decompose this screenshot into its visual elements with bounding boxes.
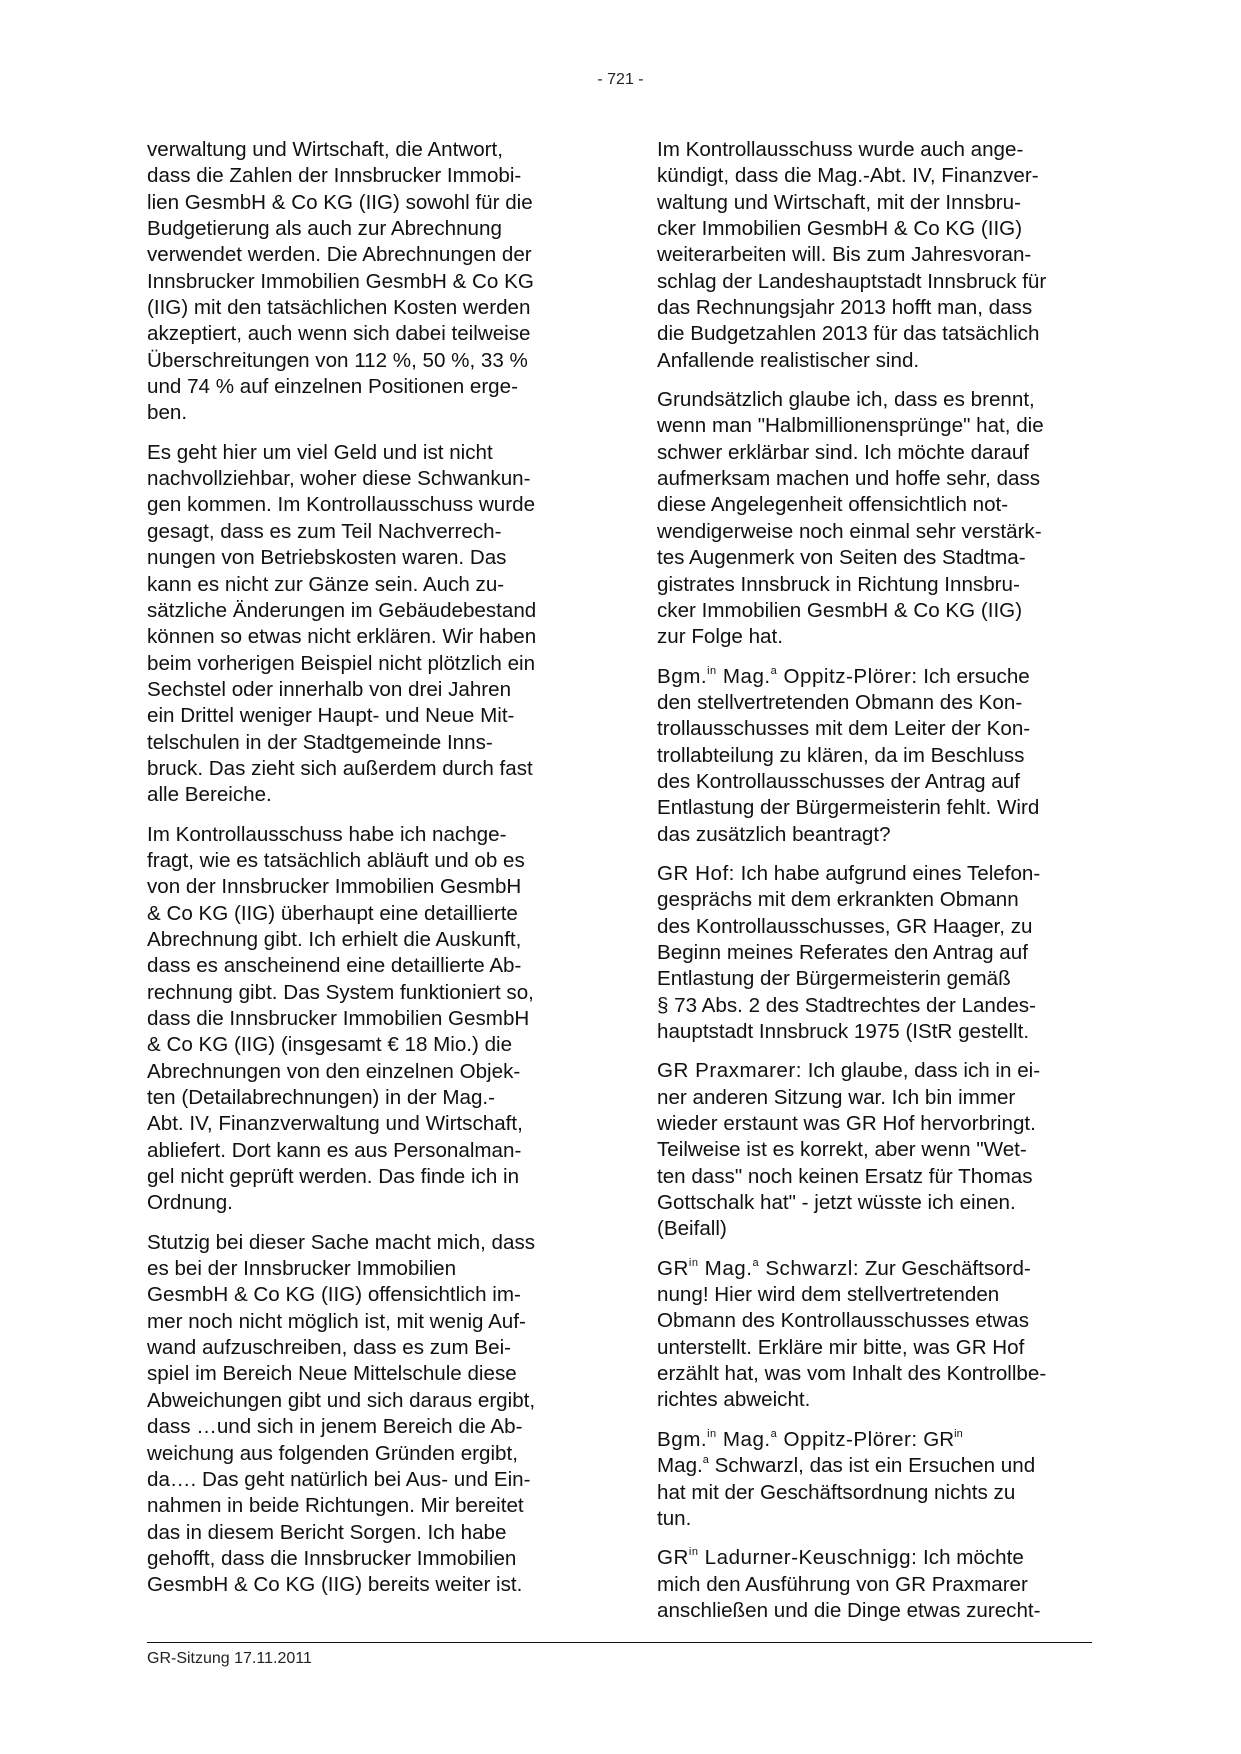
right-column: Im Kontrollausschuss wurde auch ange-kün… <box>657 137 1097 1637</box>
text-line: Abt. IV, Finanzverwaltung und Wirtschaft… <box>147 1111 587 1137</box>
text-line: ten dass" noch keinen Ersatz für Thomas <box>657 1164 1097 1190</box>
text-line: es bei der Innsbrucker Immobilien <box>147 1256 587 1282</box>
text-line: schlag der Landeshauptstadt Innsbruck fü… <box>657 269 1097 295</box>
paragraph: Es geht hier um viel Geld und ist nichtn… <box>147 440 587 809</box>
speech-schwarzl: GRin Mag.a Schwarzl: Zur Geschäftsord- n… <box>657 1256 1097 1414</box>
footer-session-date: GR-Sitzung 17.11.2011 <box>147 1650 312 1668</box>
text-line: weichung aus folgenden Gründen ergibt, <box>147 1441 587 1467</box>
text-line: nungen von Betriebskosten waren. Das <box>147 545 587 571</box>
text-line: und 74 % auf einzelnen Positionen erge- <box>147 374 587 400</box>
text-line: verwaltung und Wirtschaft, die Antwort, <box>147 137 587 163</box>
text-line: gehofft, dass die Innsbrucker Immobilien <box>147 1546 587 1572</box>
text-line: schwer erklärbar sind. Ich möchte darauf <box>657 440 1097 466</box>
text-line: nahmen in beide Richtungen. Mir bereitet <box>147 1493 587 1519</box>
text-line: Obmann des Kontrollausschusses etwas <box>657 1308 1097 1334</box>
text-line: ner anderen Sitzung war. Ich bin immer <box>657 1085 1097 1111</box>
text-line: die Budgetzahlen 2013 für das tatsächlic… <box>657 321 1097 347</box>
text-line: spiel im Bereich Neue Mittelschule diese <box>147 1361 587 1387</box>
text-line: Gottschalk hat" - jetzt wüsste ich einen… <box>657 1190 1097 1216</box>
text-line: wand aufzuschreiben, dass es zum Bei- <box>147 1335 587 1361</box>
text-line: dass die Innsbrucker Immobilien GesmbH <box>147 1006 587 1032</box>
paragraph: Stutzig bei dieser Sache macht mich, das… <box>147 1230 587 1599</box>
text-line: GesmbH & Co KG (IIG) offensichtlich im- <box>147 1282 587 1308</box>
text-line: gen kommen. Im Kontrollausschuss wurde <box>147 492 587 518</box>
text-line: Abrechnung gibt. Ich erhielt die Auskunf… <box>147 927 587 953</box>
text-line: lien GesmbH & Co KG (IIG) sowohl für die <box>147 190 587 216</box>
text-line: Teilweise ist es korrekt, aber wenn "Wet… <box>657 1137 1097 1163</box>
text-line: gesagt, dass es zum Teil Nachverrech- <box>147 519 587 545</box>
text-line: wenn man "Halbmillionensprünge" hat, die <box>657 413 1097 439</box>
text-line: trollabteilung zu klären, da im Beschlus… <box>657 743 1097 769</box>
speech-gr-hof: GR Hof: Ich habe aufgrund eines Telefon-… <box>657 861 1097 1045</box>
text-line: kann es nicht zur Gänze sein. Auch zu- <box>147 572 587 598</box>
text-line: beim vorherigen Beispiel nicht plötzlich… <box>147 651 587 677</box>
speaker-label: GRin Mag.a Schwarzl: <box>657 1257 859 1280</box>
text-line: unterstellt. Erkläre mir bitte, was GR H… <box>657 1335 1097 1361</box>
text-line: des Kontrollausschusses, GR Haager, zu <box>657 914 1097 940</box>
text-line: richtes abweicht. <box>657 1387 1097 1413</box>
text-line: Innsbrucker Immobilien GesmbH & Co KG <box>147 269 587 295</box>
text-line: tun. <box>657 1506 1097 1532</box>
text-line: den stellvertretenden Obmann des Kon- <box>657 690 1097 716</box>
text-line: hauptstadt Innsbruck 1975 (IStR gestellt… <box>657 1019 1097 1045</box>
text-line: mer noch nicht möglich ist, mit wenig Au… <box>147 1309 587 1335</box>
text-line: (IIG) mit den tatsächlichen Kosten werde… <box>147 295 587 321</box>
text-line: alle Bereiche. <box>147 782 587 808</box>
text-line: & Co KG (IIG) überhaupt eine detailliert… <box>147 901 587 927</box>
text-line: wendigerweise noch einmal sehr verstärk- <box>657 519 1097 545</box>
text-line: Budgetierung als auch zur Abrechnung <box>147 216 587 242</box>
text-line: diese Angelegenheit offensichtlich not- <box>657 492 1097 518</box>
text-line: Abweichungen gibt und sich daraus ergibt… <box>147 1388 587 1414</box>
text-line: Beginn meines Referates den Antrag auf <box>657 940 1097 966</box>
text-line: das Rechnungsjahr 2013 hofft man, dass <box>657 295 1097 321</box>
text-line: das in diesem Bericht Sorgen. Ich habe <box>147 1520 587 1546</box>
text-line: nung! Hier wird dem stellvertretenden <box>657 1282 1097 1308</box>
text-line: zur Folge hat. <box>657 624 1097 650</box>
speaker-label: GR Praxmarer: <box>657 1059 802 1082</box>
text-line: nachvollziehbar, woher diese Schwankun- <box>147 466 587 492</box>
text-line: rechnung gibt. Das System funktioniert s… <box>147 980 587 1006</box>
paragraph: Grundsätzlich glaube ich, dass es brennt… <box>657 387 1097 650</box>
text-line: bruck. Das zieht sich außerdem durch fas… <box>147 756 587 782</box>
text-line: Anfallende realistischer sind. <box>657 348 1097 374</box>
paragraph: Im Kontrollausschuss habe ich nachge-fra… <box>147 822 587 1217</box>
text-line: mich den Ausführung von GR Praxmarer <box>657 1572 1097 1598</box>
text-line: sätzliche Änderungen im Gebäudebestand <box>147 598 587 624</box>
text-line: ben. <box>147 400 587 426</box>
text-line: das zusätzlich beantragt? <box>657 822 1097 848</box>
text-line: (Beifall) <box>657 1216 1097 1242</box>
text-line: kündigt, dass die Mag.-Abt. IV, Finanzve… <box>657 163 1097 189</box>
page-number: - 721 - <box>0 71 1241 89</box>
paragraph: Im Kontrollausschuss wurde auch ange-kün… <box>657 137 1097 374</box>
text-line: gel nicht geprüft werden. Das finde ich … <box>147 1164 587 1190</box>
text-line: fragt, wie es tatsächlich abläuft und ob… <box>147 848 587 874</box>
speaker-label: GRin Ladurner-Keuschnigg: <box>657 1546 917 1569</box>
text-line: wieder erstaunt was GR Hof hervorbringt. <box>657 1111 1097 1137</box>
speech-oppitz-ploerer-2: Bgm.in Mag.a Oppitz-Plörer: GRin Mag.a S… <box>657 1427 1097 1532</box>
text-line: Entlastung der Bürgermeisterin gemäß <box>657 966 1097 992</box>
text-line: können so etwas nicht erklären. Wir habe… <box>147 624 587 650</box>
text-line: ten (Detailabrechnungen) in der Mag.- <box>147 1085 587 1111</box>
text-line: dass …und sich in jenem Bereich die Ab- <box>147 1414 587 1440</box>
left-column: verwaltung und Wirtschaft, die Antwort,d… <box>147 137 587 1612</box>
text-line: Im Kontrollausschuss wurde auch ange- <box>657 137 1097 163</box>
text-line: abliefert. Dort kann es aus Personalman- <box>147 1138 587 1164</box>
text-line: akzeptiert, auch wenn sich dabei teilwei… <box>147 321 587 347</box>
text-line: dass die Zahlen der Innsbrucker Immobi- <box>147 163 587 189</box>
speech-oppitz-ploerer-1: Bgm.in Mag.a Oppitz-Plörer: Ich ersuche … <box>657 664 1097 848</box>
text-line: da…. Das geht natürlich bei Aus- und Ein… <box>147 1467 587 1493</box>
text-line: Überschreitungen von 112 %, 50 %, 33 % <box>147 348 587 374</box>
text-line: trollausschusses mit dem Leiter der Kon- <box>657 716 1097 742</box>
text-line: gesprächs mit dem erkrankten Obmann <box>657 887 1097 913</box>
text-line: erzählt hat, was vom Inhalt des Kontroll… <box>657 1361 1097 1387</box>
paragraph: verwaltung und Wirtschaft, die Antwort,d… <box>147 137 587 427</box>
text-line: Stutzig bei dieser Sache macht mich, das… <box>147 1230 587 1256</box>
speaker-label: GR Hof: <box>657 862 735 885</box>
text-line: aufmerksam machen und hoffe sehr, dass <box>657 466 1097 492</box>
text-line: von der Innsbrucker Immobilien GesmbH <box>147 874 587 900</box>
text-line: cker Immobilien GesmbH & Co KG (IIG) <box>657 216 1097 242</box>
text-line: hat mit der Geschäftsordnung nichts zu <box>657 1480 1097 1506</box>
text-line: telschulen in der Stadtgemeinde Inns- <box>147 730 587 756</box>
footer-divider <box>147 1642 1092 1643</box>
speech-gr-praxmarer: GR Praxmarer: Ich glaube, dass ich in ei… <box>657 1058 1097 1242</box>
text-line: anschließen und die Dinge etwas zurecht- <box>657 1598 1097 1624</box>
text-line: waltung und Wirtschaft, mit der Innsbru- <box>657 190 1097 216</box>
text-line: ein Drittel weniger Haupt- und Neue Mit- <box>147 703 587 729</box>
text-line: Entlastung der Bürgermeisterin fehlt. Wi… <box>657 795 1097 821</box>
text-line: Grundsätzlich glaube ich, dass es brennt… <box>657 387 1097 413</box>
text-line: GesmbH & Co KG (IIG) bereits weiter ist. <box>147 1572 587 1598</box>
speech-ladurner-keuschnigg: GRin Ladurner-Keuschnigg: Ich möchte mic… <box>657 1545 1097 1624</box>
text-line: § 73 Abs. 2 des Stadtrechtes der Landes- <box>657 993 1097 1019</box>
text-line: weiterarbeiten will. Bis zum Jahresvoran… <box>657 242 1097 268</box>
speaker-label: Bgm.in Mag.a Oppitz-Plörer: <box>657 665 918 688</box>
text-line: Ordnung. <box>147 1190 587 1216</box>
text-line: & Co KG (IIG) (insgesamt € 18 Mio.) die <box>147 1032 587 1058</box>
text-line: Es geht hier um viel Geld und ist nicht <box>147 440 587 466</box>
text-line: Im Kontrollausschuss habe ich nachge- <box>147 822 587 848</box>
text-line: gistrates Innsbruck in Richtung Innsbru- <box>657 572 1097 598</box>
text-line: cker Immobilien GesmbH & Co KG (IIG) <box>657 598 1097 624</box>
text-line: dass es anscheinend eine detaillierte Ab… <box>147 953 587 979</box>
text-line: Abrechnungen von den einzelnen Objek- <box>147 1059 587 1085</box>
text-line: verwendet werden. Die Abrechnungen der <box>147 242 587 268</box>
text-line: Sechstel oder innerhalb von drei Jahren <box>147 677 587 703</box>
text-line: des Kontrollausschusses der Antrag auf <box>657 769 1097 795</box>
text-line: tes Augenmerk von Seiten des Stadtma- <box>657 545 1097 571</box>
speaker-label: Bgm.in Mag.a Oppitz-Plörer: <box>657 1428 918 1451</box>
